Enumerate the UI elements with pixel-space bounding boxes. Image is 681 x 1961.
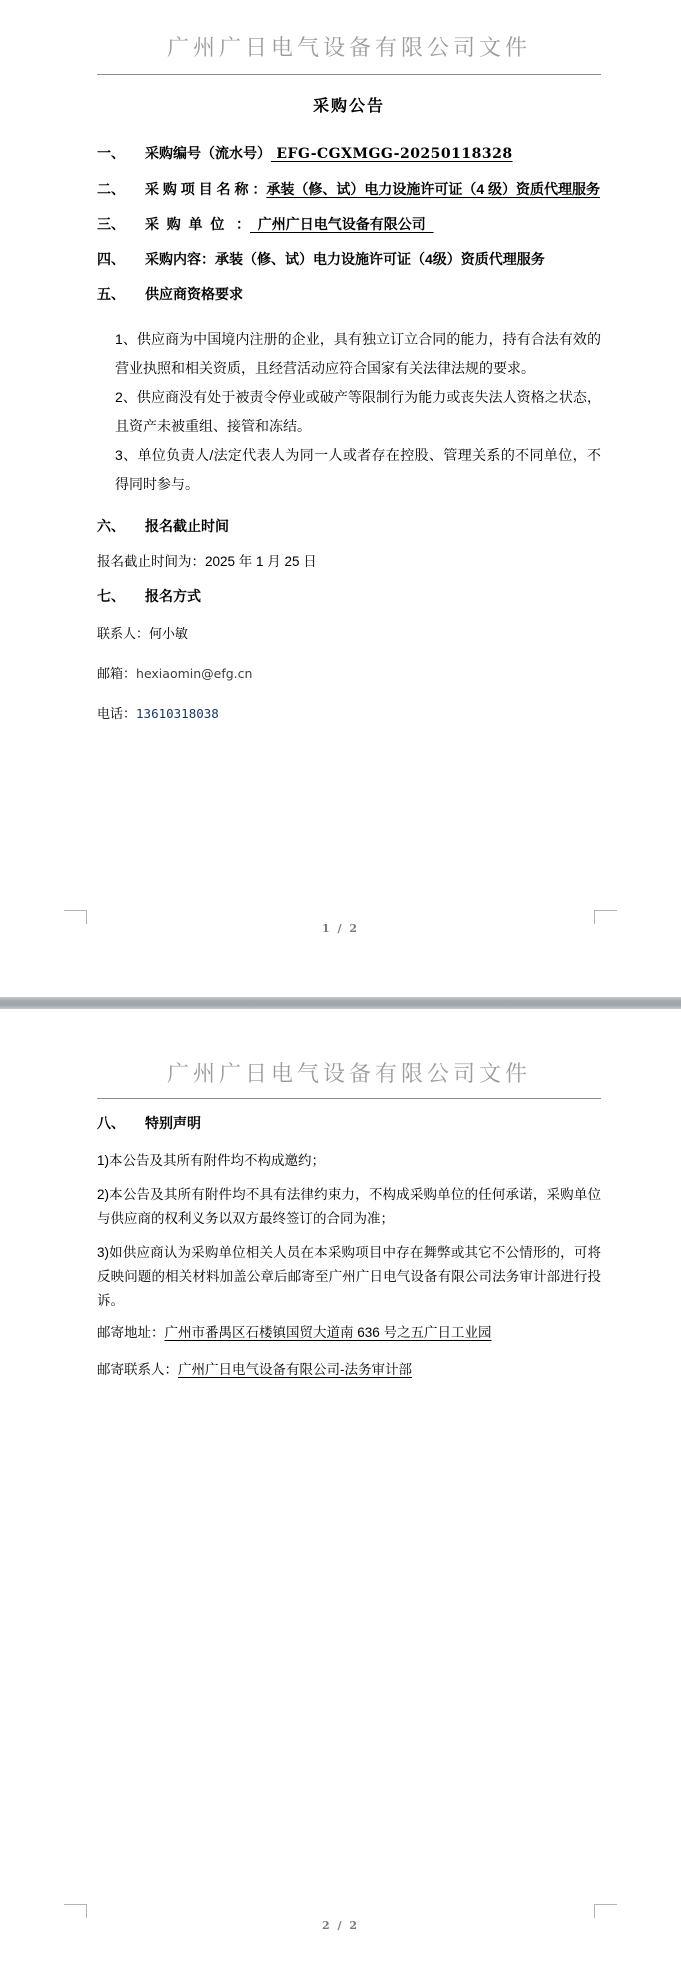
page-corner-mark-right [594, 1904, 617, 1918]
company-title: 广州广日电气设备有限公司文件 [97, 33, 601, 63]
item-supplier-qualification: 五、供应商资格要求 [97, 277, 601, 312]
item-procurement-content: 四、采购内容：承装（修、试）电力设施许可证（4级）资质代理服务 [97, 242, 601, 277]
item-procurement-number: 一、采购编号（流水号） EFG-CGXMGG-20250118328 [97, 136, 601, 172]
item-special-statement: 八、特别声明 [97, 1112, 601, 1134]
page-number: 2 / 2 [0, 1919, 681, 1932]
contact-name-line: 联系人：何小敏 [97, 614, 601, 654]
item-ordinal: 五、 [97, 277, 145, 312]
item-ordinal: 七、 [97, 579, 145, 614]
item-label: 采购内容： [145, 251, 215, 267]
item-ordinal: 八、 [97, 1112, 145, 1134]
page-title: 采购公告 [97, 96, 601, 117]
purchasing-unit-value: 广州广日电气设备有限公司 [250, 216, 434, 232]
item-ordinal: 二、 [97, 172, 145, 207]
item-label: 采 购 项 目 名 称 ： [145, 181, 266, 197]
mail-contact-value: 广州广日电气设备有限公司-法务审计部 [178, 1362, 412, 1377]
contact-name-value: 何小敏 [149, 626, 188, 641]
item-label: 报名方式 [145, 588, 201, 604]
item-registration-deadline: 六、报名截止时间 [97, 509, 601, 544]
item-ordinal: 三、 [97, 207, 145, 242]
supplier-requirement-1: 1、供应商为中国境内注册的企业，具有独立订立合同的能力，持有合法有效的营业执照和… [97, 325, 601, 383]
contact-email-label: 邮箱： [97, 666, 136, 681]
supplier-requirement-2: 2、供应商没有处于被责令停业或破产等限制行为能力或丧失法人资格之状态，且资产未被… [97, 383, 601, 441]
contact-phone-value: 13610318038 [136, 706, 219, 721]
document-header: 广州广日电气设备有限公司文件 [97, 1009, 601, 1099]
contact-email-line: 邮箱：hexiaomin@efg.cn [97, 654, 601, 694]
project-name-value: 承装（修、试）电力设施许可证（4 级）资质代理服务 [266, 181, 600, 197]
item-registration-method: 七、报名方式 [97, 579, 601, 614]
item-label: 采 购 单 位 ： [145, 216, 250, 232]
mail-contact-line: 邮寄联系人：广州广日电气设备有限公司-法务审计部 [97, 1360, 601, 1380]
contact-name-label: 联系人： [97, 626, 149, 641]
deadline-text: 报名截止时间为：2025 年 1 月 25 日 [97, 544, 601, 579]
document-page-1: 广州广日电气设备有限公司文件 采购公告 一、采购编号（流水号） EFG-CGXM… [0, 0, 681, 997]
document-header: 广州广日电气设备有限公司文件 [97, 0, 601, 75]
page-corner-mark-left [64, 1904, 87, 1918]
page-separator [0, 997, 681, 1009]
statement-clause-3: 3)如供应商认为采购单位相关人员在本采购项目中存在舞弊或其它不公情形的，可将反映… [97, 1241, 601, 1313]
procurement-content-value: 承装（修、试）电力设施许可证（4级）资质代理服务 [215, 251, 545, 267]
statement-clause-1: 1)本公告及其所有附件均不构成邀约； [97, 1149, 601, 1173]
mail-address-value: 广州市番禺区石楼镇国贸大道南 636 号之五广日工业园 [165, 1325, 492, 1340]
item-label: 采购编号（流水号） [145, 145, 271, 161]
item-project-name: 二、采 购 项 目 名 称 ：承装（修、试）电力设施许可证（4 级）资质代理服务 [97, 172, 601, 207]
page-number: 1 / 2 [0, 922, 681, 935]
item-label: 供应商资格要求 [145, 286, 243, 302]
mail-contact-label: 邮寄联系人： [97, 1362, 178, 1377]
mail-address-line: 邮寄地址：广州市番禺区石楼镇国贸大道南 636 号之五广日工业园 [97, 1323, 601, 1343]
item-label: 报名截止时间 [145, 518, 229, 534]
item-label: 特别声明 [145, 1115, 201, 1131]
item-ordinal: 四、 [97, 242, 145, 277]
mail-address-label: 邮寄地址： [97, 1325, 165, 1340]
supplier-requirement-3: 3、单位负责人/法定代表人为同一人或者存在控股、管理关系的不同单位，不得同时参与… [97, 441, 601, 499]
item-ordinal: 一、 [97, 136, 145, 171]
statement-clause-2: 2)本公告及其所有附件均不具有法律约束力，不构成采购单位的任何承诺，采购单位与供… [97, 1183, 601, 1231]
special-statement-clauses: 1)本公告及其所有附件均不构成邀约； 2)本公告及其所有附件均不具有法律约束力，… [97, 1149, 601, 1313]
contact-phone-line: 电话：13610318038 [97, 694, 601, 734]
company-title: 广州广日电气设备有限公司文件 [97, 1059, 601, 1089]
contact-phone-label: 电话： [97, 706, 136, 721]
item-purchasing-unit: 三、采 购 单 位 ： 广州广日电气设备有限公司 [97, 207, 601, 242]
item-list: 一、采购编号（流水号） EFG-CGXMGG-20250118328 二、采 购… [97, 136, 601, 312]
item-ordinal: 六、 [97, 509, 145, 544]
procurement-number-value: EFG-CGXMGG-20250118328 [271, 146, 513, 162]
document-page-2: 广州广日电气设备有限公司文件 八、特别声明 1)本公告及其所有附件均不构成邀约；… [0, 1009, 681, 1961]
supplier-requirements: 1、供应商为中国境内注册的企业，具有独立订立合同的能力，持有合法有效的营业执照和… [97, 325, 601, 499]
contact-email-value: hexiaomin@efg.cn [136, 666, 252, 681]
